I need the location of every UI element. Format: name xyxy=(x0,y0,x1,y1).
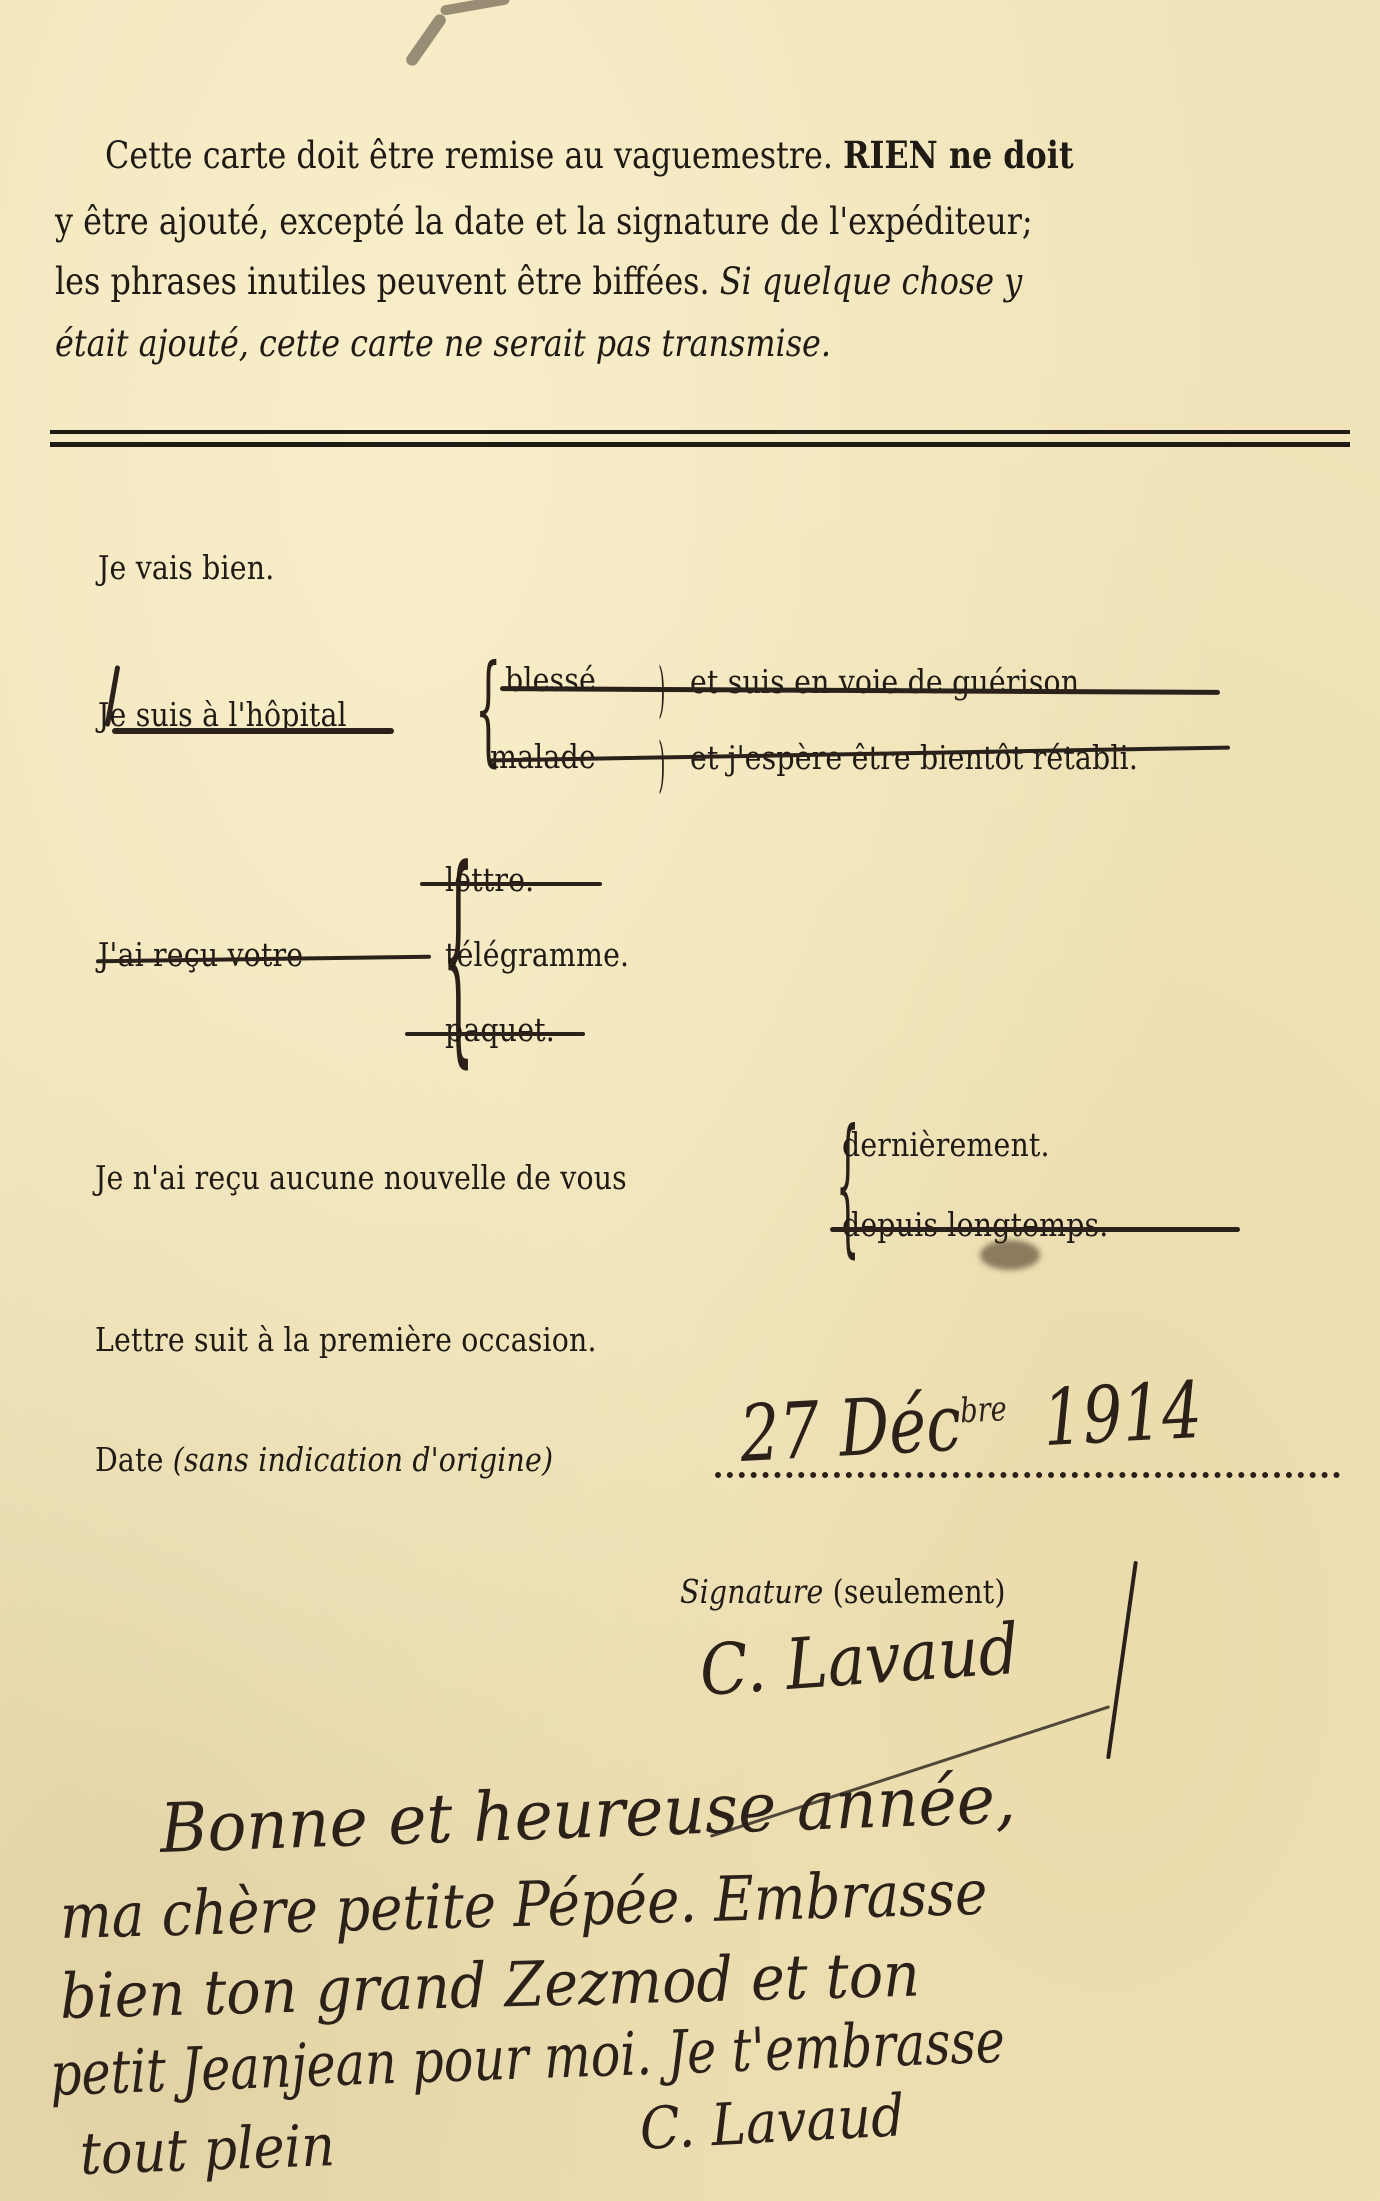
divider-rule-top xyxy=(50,430,1350,434)
option-text: dernièrement. xyxy=(842,1125,1050,1164)
intro-text: y être ajouté, excepté la date et la sig… xyxy=(55,200,1033,243)
pencil-mark xyxy=(404,12,448,68)
message-signature: C. Lavaud xyxy=(638,2081,906,2163)
brace-hospital-mid: ) xyxy=(658,730,665,800)
hospital-option-blesse: blessé xyxy=(505,660,596,699)
message-line-5: tout plein xyxy=(79,2111,336,2188)
option-text: depuis longtemps. xyxy=(842,1205,1108,1244)
received-option-lettre: lettre. xyxy=(445,860,534,899)
intro-line-3: les phrases inutiles peuvent être biffée… xyxy=(55,260,1022,303)
option-text: lettre. xyxy=(445,860,534,899)
option-text: télégramme. xyxy=(445,935,629,974)
received-option-paquet: paquet. xyxy=(445,1010,555,1049)
divider-rule-bottom xyxy=(50,442,1350,447)
strike-depuis-longtemps xyxy=(830,1227,1240,1232)
date-year: 1914 xyxy=(1041,1366,1204,1464)
signature-label-row: Signature (seulement) xyxy=(680,1572,1006,1611)
no-news-option-dernierement: dernièrement. xyxy=(842,1125,1050,1164)
signature-flourish xyxy=(1106,1561,1138,1760)
date-label-row: Date (sans indication d'origine) xyxy=(95,1440,553,1479)
statement-letter-follows: Lettre suit à la première occasion. xyxy=(95,1320,597,1359)
intro-line-4: était ajouté, cette carte ne serait pas … xyxy=(55,322,831,365)
statement-well: Je vais bien. xyxy=(98,548,274,587)
military-postcard: Cette carte doit être remise au vaguemes… xyxy=(0,0,1380,2201)
signature-label-note: (seulement) xyxy=(833,1572,1006,1611)
intro-text-italic: Si quelque chose y xyxy=(720,260,1023,303)
date-label-note: (sans indication d'origine) xyxy=(173,1440,553,1479)
date-day: 27 xyxy=(738,1386,822,1480)
option-text: paquet. xyxy=(445,1010,555,1049)
strike-paquet xyxy=(405,1032,585,1036)
statement-no-news-prefix: Je n'ai reçu aucune nouvelle de vous xyxy=(95,1158,627,1197)
date-handwritten: 27 Décbre 1914 xyxy=(738,1366,1204,1480)
statement-received-prefix: J'ai reçu votre xyxy=(98,935,303,974)
no-news-option-depuis-longtemps: depuis longtemps. xyxy=(842,1205,1108,1244)
option-text: blessé xyxy=(505,660,596,699)
date-month-sup: bre xyxy=(959,1389,1008,1431)
option-text: et suis en voie de guérison. xyxy=(690,662,1088,701)
intro-text: Cette carte doit être remise au vaguemes… xyxy=(105,134,843,177)
message-line-1: Bonne et heureuse année, xyxy=(159,1760,1017,1869)
intro-text-bold: RIEN ne doit xyxy=(843,133,1073,177)
strike-hospital-prefix xyxy=(112,728,394,734)
date-label: Date xyxy=(95,1440,164,1479)
hospital-outcome-1: et suis en voie de guérison. xyxy=(690,662,1088,701)
pencil-mark xyxy=(440,0,511,16)
intro-text: les phrases inutiles peuvent être biffée… xyxy=(55,260,720,303)
strike-lettre xyxy=(420,882,602,886)
date-month: Déc xyxy=(837,1378,963,1474)
intro-line-1: Cette carte doit être remise au vaguemes… xyxy=(105,133,1074,177)
intro-text-italic: était ajouté, cette carte ne serait pas … xyxy=(55,322,831,365)
no-news-prefix-text: Je n'ai reçu aucune nouvelle de vous xyxy=(95,1158,627,1197)
signature-label: Signature xyxy=(680,1572,833,1611)
signature-handwritten: C. Lavaud xyxy=(697,1608,1021,1712)
received-option-telegramme: télégramme. xyxy=(445,935,629,974)
intro-line-2: y être ajouté, excepté la date et la sig… xyxy=(55,200,1033,243)
received-prefix-text: J'ai reçu votre xyxy=(98,935,303,974)
ink-stain xyxy=(980,1240,1040,1270)
